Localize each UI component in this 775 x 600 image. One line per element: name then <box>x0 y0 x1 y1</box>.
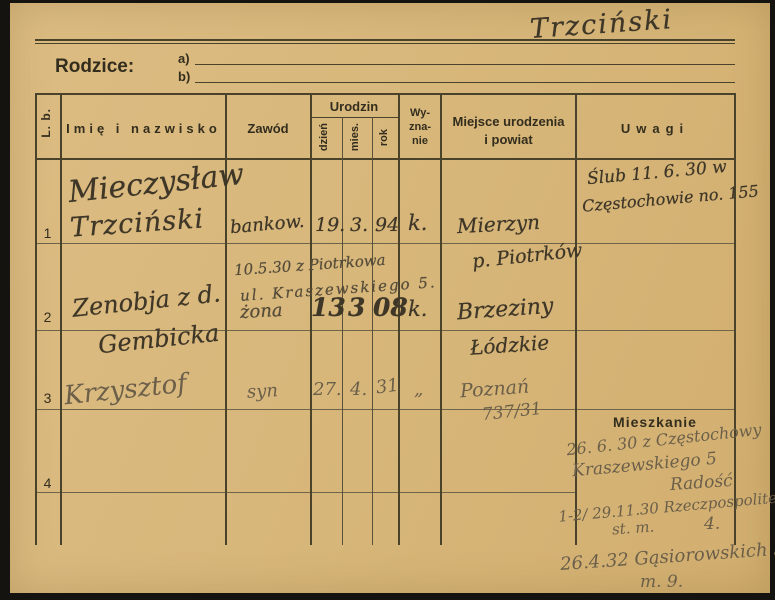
row2-place-line2: Łódzkie <box>469 332 549 357</box>
header-lb: L. b. <box>39 108 53 138</box>
row3-name-line1: Krzysztof <box>63 371 188 410</box>
table-top-rule <box>35 93 735 95</box>
header-remarks: Uwagi <box>576 121 734 136</box>
header-religion-line1: Wy- <box>400 107 440 121</box>
col-month-rule <box>372 117 373 545</box>
mieszkanie-line3: Radość <box>669 473 733 494</box>
header-birth-day: dzień <box>318 123 330 151</box>
col-day-rule <box>342 117 343 545</box>
row1-name-line2: Trzciński <box>69 205 205 241</box>
row3-birth-day: 27. <box>313 381 342 399</box>
header-bottom-rule <box>35 158 735 160</box>
row3-occupation: syn <box>247 382 279 402</box>
row1-place-line1: Mierzyn <box>457 212 541 236</box>
line-a-rule <box>195 64 735 65</box>
row3-bottom-rule <box>35 409 735 410</box>
row3-number: 3 <box>35 390 60 406</box>
row4-bottom-rule <box>35 492 575 493</box>
row1-bottom-rule <box>35 243 735 244</box>
col-wyznanie-rule <box>440 93 442 545</box>
top-rule-1 <box>35 39 735 41</box>
row3-birth-month: 4. <box>350 381 367 399</box>
line-b-rule <box>195 82 735 83</box>
top-rule-2 <box>35 43 735 44</box>
header-birth: Urodzin <box>310 99 398 114</box>
header-occupation: Zawód <box>226 121 310 136</box>
row3-religion: „ <box>414 381 423 399</box>
mieszkanie-line4: 1-2/ 29.11.30 Rzeczpospolitej <box>558 490 775 524</box>
header-birthplace-line2: i powiat <box>442 131 575 149</box>
header-birth-month: mies. <box>349 123 361 151</box>
mieszkanie-line5a: st. m. <box>612 520 655 538</box>
row1-occupation: bankow. <box>229 213 305 237</box>
mieszkanie-line7: m. 9. <box>640 574 683 591</box>
line-a-label: a) <box>178 51 190 66</box>
mieszkanie-line5b: 4. <box>704 516 720 533</box>
mieszkanie-line6: 26.4.32 Gąsiorowskich 5. <box>560 540 775 574</box>
row1-religion: k. <box>408 213 427 234</box>
scanned-registration-card-page: { "card": { "surname_script": "Trzciński… <box>0 0 775 600</box>
row1-birth-day: 19. <box>315 216 345 235</box>
row1-remarks-line1: Ślub 11. 6. 30 w <box>587 159 728 188</box>
row3-birth-year: 31 <box>375 376 400 397</box>
row2-name-line2: Gembicka <box>97 321 220 358</box>
row1-number: 1 <box>35 225 60 241</box>
row1-name-line1: Mieczysław <box>67 160 245 208</box>
header-birthplace-line1: Miejsce urodzenia <box>442 113 575 131</box>
row2-birth-day: 13 <box>311 295 346 320</box>
surname-handwritten: Trzciński <box>529 6 674 43</box>
col-lb-rule <box>60 93 62 545</box>
row2-religion: k. <box>408 299 427 320</box>
urodzin-split-rule <box>310 117 398 118</box>
row1-birth-month: 3. <box>350 216 368 235</box>
row3-place-line2: 737/31 <box>481 401 542 424</box>
row1-remarks-line2: Częstochowie no. 155 <box>582 183 760 214</box>
header-birth-year: rok <box>378 129 390 146</box>
row3-place-line1: Poznań <box>459 378 529 402</box>
row1-place-line2: p. Piotrków <box>471 241 583 271</box>
row2-birth-year: 08 <box>373 295 408 320</box>
line-b-label: b) <box>178 69 190 84</box>
row2-number: 2 <box>35 309 60 325</box>
registration-card: Trzciński Rodzice: a) b) L. b. Imię i na… <box>10 3 770 593</box>
rodzice-label: Rodzice: <box>55 56 134 78</box>
row1-birth-year: 94 <box>375 216 399 235</box>
header-religion: Wy- zna- nie <box>400 107 440 148</box>
row2-name-line1: Zenobja z d. <box>71 281 221 320</box>
header-religion-line2: zna- <box>400 121 440 135</box>
table-right-rule <box>734 93 736 545</box>
header-birthplace: Miejsce urodzenia i powiat <box>442 113 575 148</box>
row4-number: 4 <box>35 475 60 491</box>
row2-place-line1: Brzeziny <box>456 296 554 325</box>
row2-occupation: żona <box>240 302 284 322</box>
header-religion-line3: nie <box>400 135 440 149</box>
header-name: Imię i nazwisko <box>62 121 225 136</box>
row2-birth-month: 3 <box>348 295 365 320</box>
